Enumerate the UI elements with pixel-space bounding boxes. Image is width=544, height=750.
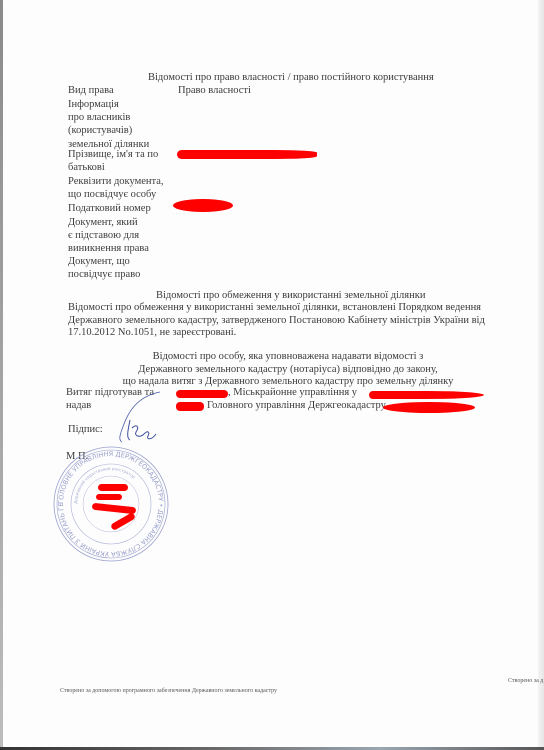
redaction-issuer-name <box>176 390 228 398</box>
redaction-region <box>383 402 475 413</box>
label-owners-info: Інформація про власників (користувачів) … <box>68 98 149 151</box>
signature-label: Підпис: <box>68 423 103 436</box>
label-id-document: Реквізити документа, що посвідчує особу <box>68 175 164 201</box>
redaction-full-name <box>177 150 317 159</box>
section-issuer-title: Відомості про особу, яка уповноважена на… <box>68 351 508 389</box>
redaction-district <box>369 391 484 399</box>
redaction-stamp-2 <box>96 494 122 500</box>
label-certifying-document: Документ, що посвідчує право <box>68 255 140 281</box>
scan-edge-left <box>0 0 3 750</box>
redaction-issuer-position <box>176 402 204 411</box>
value-right-type: Право власності <box>178 84 251 97</box>
prepared-value-line1: , Міськрайонне управління у <box>228 386 357 399</box>
section-rights-title: Відомості про право власності / право по… <box>148 71 434 84</box>
section-restrictions-title: Відомості про обмеження у використанні з… <box>156 289 425 302</box>
redaction-tax-number <box>173 199 233 212</box>
svg-text:ГОЛОВНЕ УПРАВЛІННЯ ДЕРЖГЕОКАДА: ГОЛОВНЕ УПРАВЛІННЯ ДЕРЖГЕОКАДАСТРУ • ДЕР… <box>52 445 165 558</box>
label-basis-document: Документ, який є підставою для виникненн… <box>68 216 149 256</box>
signature-icon <box>100 390 180 450</box>
restrictions-body: Відомості про обмеження у використанні з… <box>68 302 485 340</box>
footer-generated-by-overlap: Створено за д <box>508 678 543 684</box>
prepared-value-line2: Головного управління Держгеокадастру <box>207 399 386 412</box>
label-full-name: Прізвище, ім'я та по батькові <box>68 148 158 174</box>
footer-generated-by: Створено за допомогою програмного забезп… <box>60 688 277 694</box>
redaction-stamp-1 <box>98 484 128 491</box>
label-right-type: Вид права <box>68 84 114 97</box>
scan-edge-right <box>538 0 544 750</box>
label-tax-number: Податковий номер <box>68 202 151 215</box>
